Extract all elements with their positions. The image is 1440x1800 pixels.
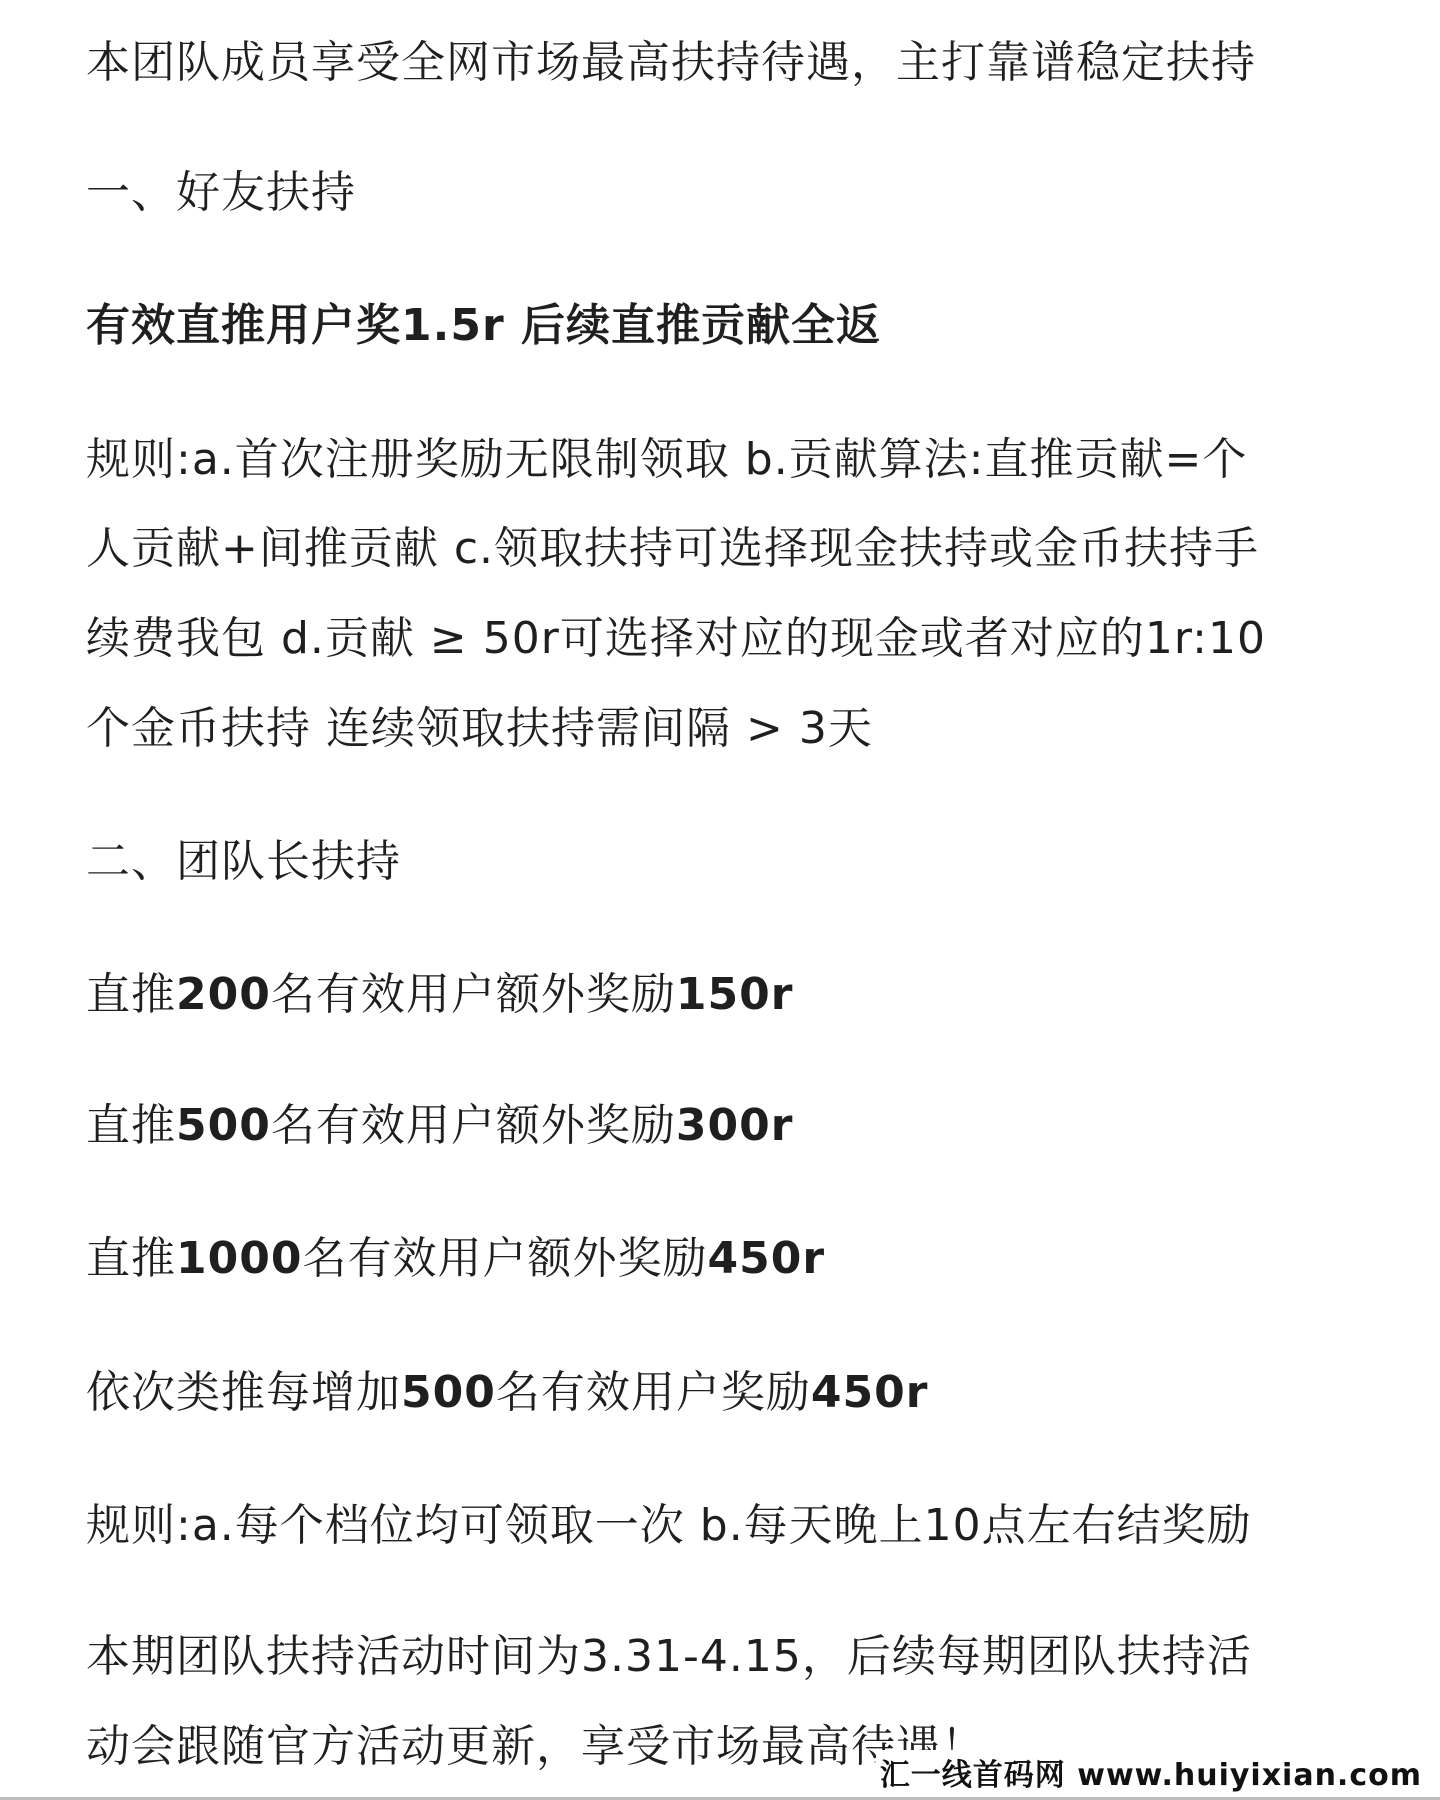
- section2-rules: 规则:a.每个档位均可领取一次 b.每天晚上10点左右结奖励: [86, 1498, 1252, 1554]
- tier-prefix: 直推: [86, 1233, 176, 1284]
- tier-count: 500: [176, 1100, 271, 1151]
- tier-count: 200: [176, 969, 271, 1020]
- section1-rules-line-2: 人贡献+间推贡献 c.领取扶持可选择现金扶持或金币扶持手: [86, 521, 1259, 577]
- tier-reward: 450r: [811, 1367, 929, 1418]
- tier-prefix: 直推: [86, 1100, 176, 1151]
- tier-row: 依次类推每增加500名有效用户奖励450r: [86, 1365, 928, 1421]
- tier-middle: 名有效用户额外奖励: [271, 969, 676, 1020]
- tier-count: 1000: [176, 1233, 302, 1284]
- closing-line-1: 本期团队扶持活动时间为3.31-4.15，后续每期团队扶持活: [86, 1629, 1252, 1685]
- tier-reward: 150r: [676, 969, 794, 1020]
- section2-heading: 二、团队长扶持: [86, 834, 401, 890]
- tier-prefix: 依次类推每增加: [86, 1367, 401, 1418]
- tier-row: 直推200名有效用户额外奖励150r: [86, 967, 793, 1023]
- tier-middle: 名有效用户额外奖励: [302, 1233, 707, 1284]
- tier-row: 直推1000名有效用户额外奖励450r: [86, 1231, 825, 1287]
- tier-reward: 300r: [676, 1100, 794, 1151]
- tier-reward: 450r: [707, 1233, 825, 1284]
- section1-highlight: 有效直推用户奖1.5r 后续直推贡献全返: [86, 298, 881, 354]
- section1-rules-line-1: 规则:a.首次注册奖励无限制领取 b.贡献算法:直推贡献=个: [86, 432, 1247, 488]
- tier-middle: 名有效用户额外奖励: [271, 1100, 676, 1151]
- tier-row: 直推500名有效用户额外奖励300r: [86, 1098, 793, 1154]
- section1-rules-line-4: 个金币扶持 连续领取扶持需间隔 > 3天: [86, 701, 873, 757]
- tier-prefix: 直推: [86, 969, 176, 1020]
- tier-middle: 名有效用户奖励: [496, 1367, 811, 1418]
- closing-line-2: 动会跟随官方活动更新，享受市场最高待遇！: [86, 1719, 986, 1775]
- section1-rules-line-3: 续费我包 d.贡献 ≥ 50r可选择对应的现金或者对应的1r:10: [86, 611, 1266, 667]
- section1-heading: 一、好友扶持: [86, 165, 356, 221]
- tier-count: 500: [401, 1367, 496, 1418]
- watermark: 汇一线首码网 www.huiyixian.com: [876, 1750, 1426, 1794]
- intro-text: 本团队成员享受全网市场最高扶持待遇，主打靠谱稳定扶持: [86, 35, 1256, 91]
